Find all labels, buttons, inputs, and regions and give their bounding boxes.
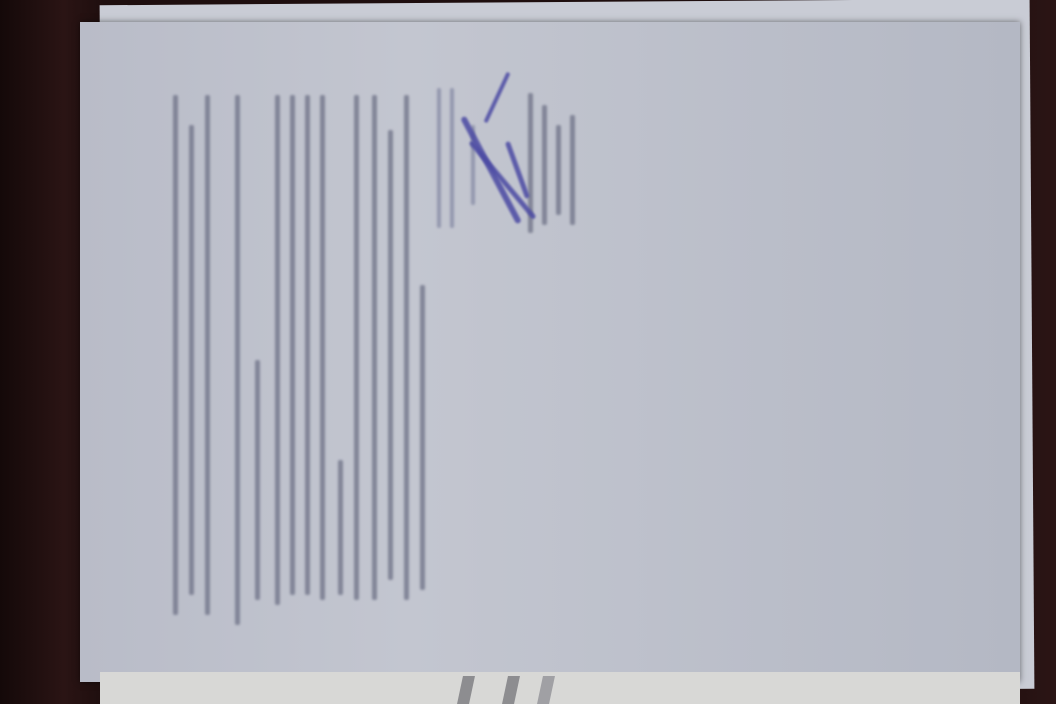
- text-line: [189, 125, 194, 595]
- text-line: [372, 95, 377, 600]
- text-line: [404, 95, 409, 600]
- text-line: [205, 95, 210, 615]
- desk-surface: [100, 672, 1020, 704]
- signature-line: [570, 115, 575, 225]
- text-line: [338, 460, 343, 595]
- stamp-text: [450, 88, 454, 228]
- text-line: [173, 95, 178, 615]
- signature-line: [542, 105, 547, 225]
- text-line: [305, 95, 310, 595]
- text-line: [354, 95, 359, 600]
- text-line: [235, 95, 240, 625]
- text-line: [255, 360, 260, 600]
- stamp-text: [437, 88, 441, 228]
- text-line: [320, 95, 325, 600]
- text-line: [290, 95, 295, 595]
- signature-line: [556, 125, 561, 215]
- text-line: [420, 285, 425, 590]
- text-line: [388, 130, 393, 580]
- text-line: [275, 95, 280, 605]
- paper-sheet: [80, 22, 1020, 682]
